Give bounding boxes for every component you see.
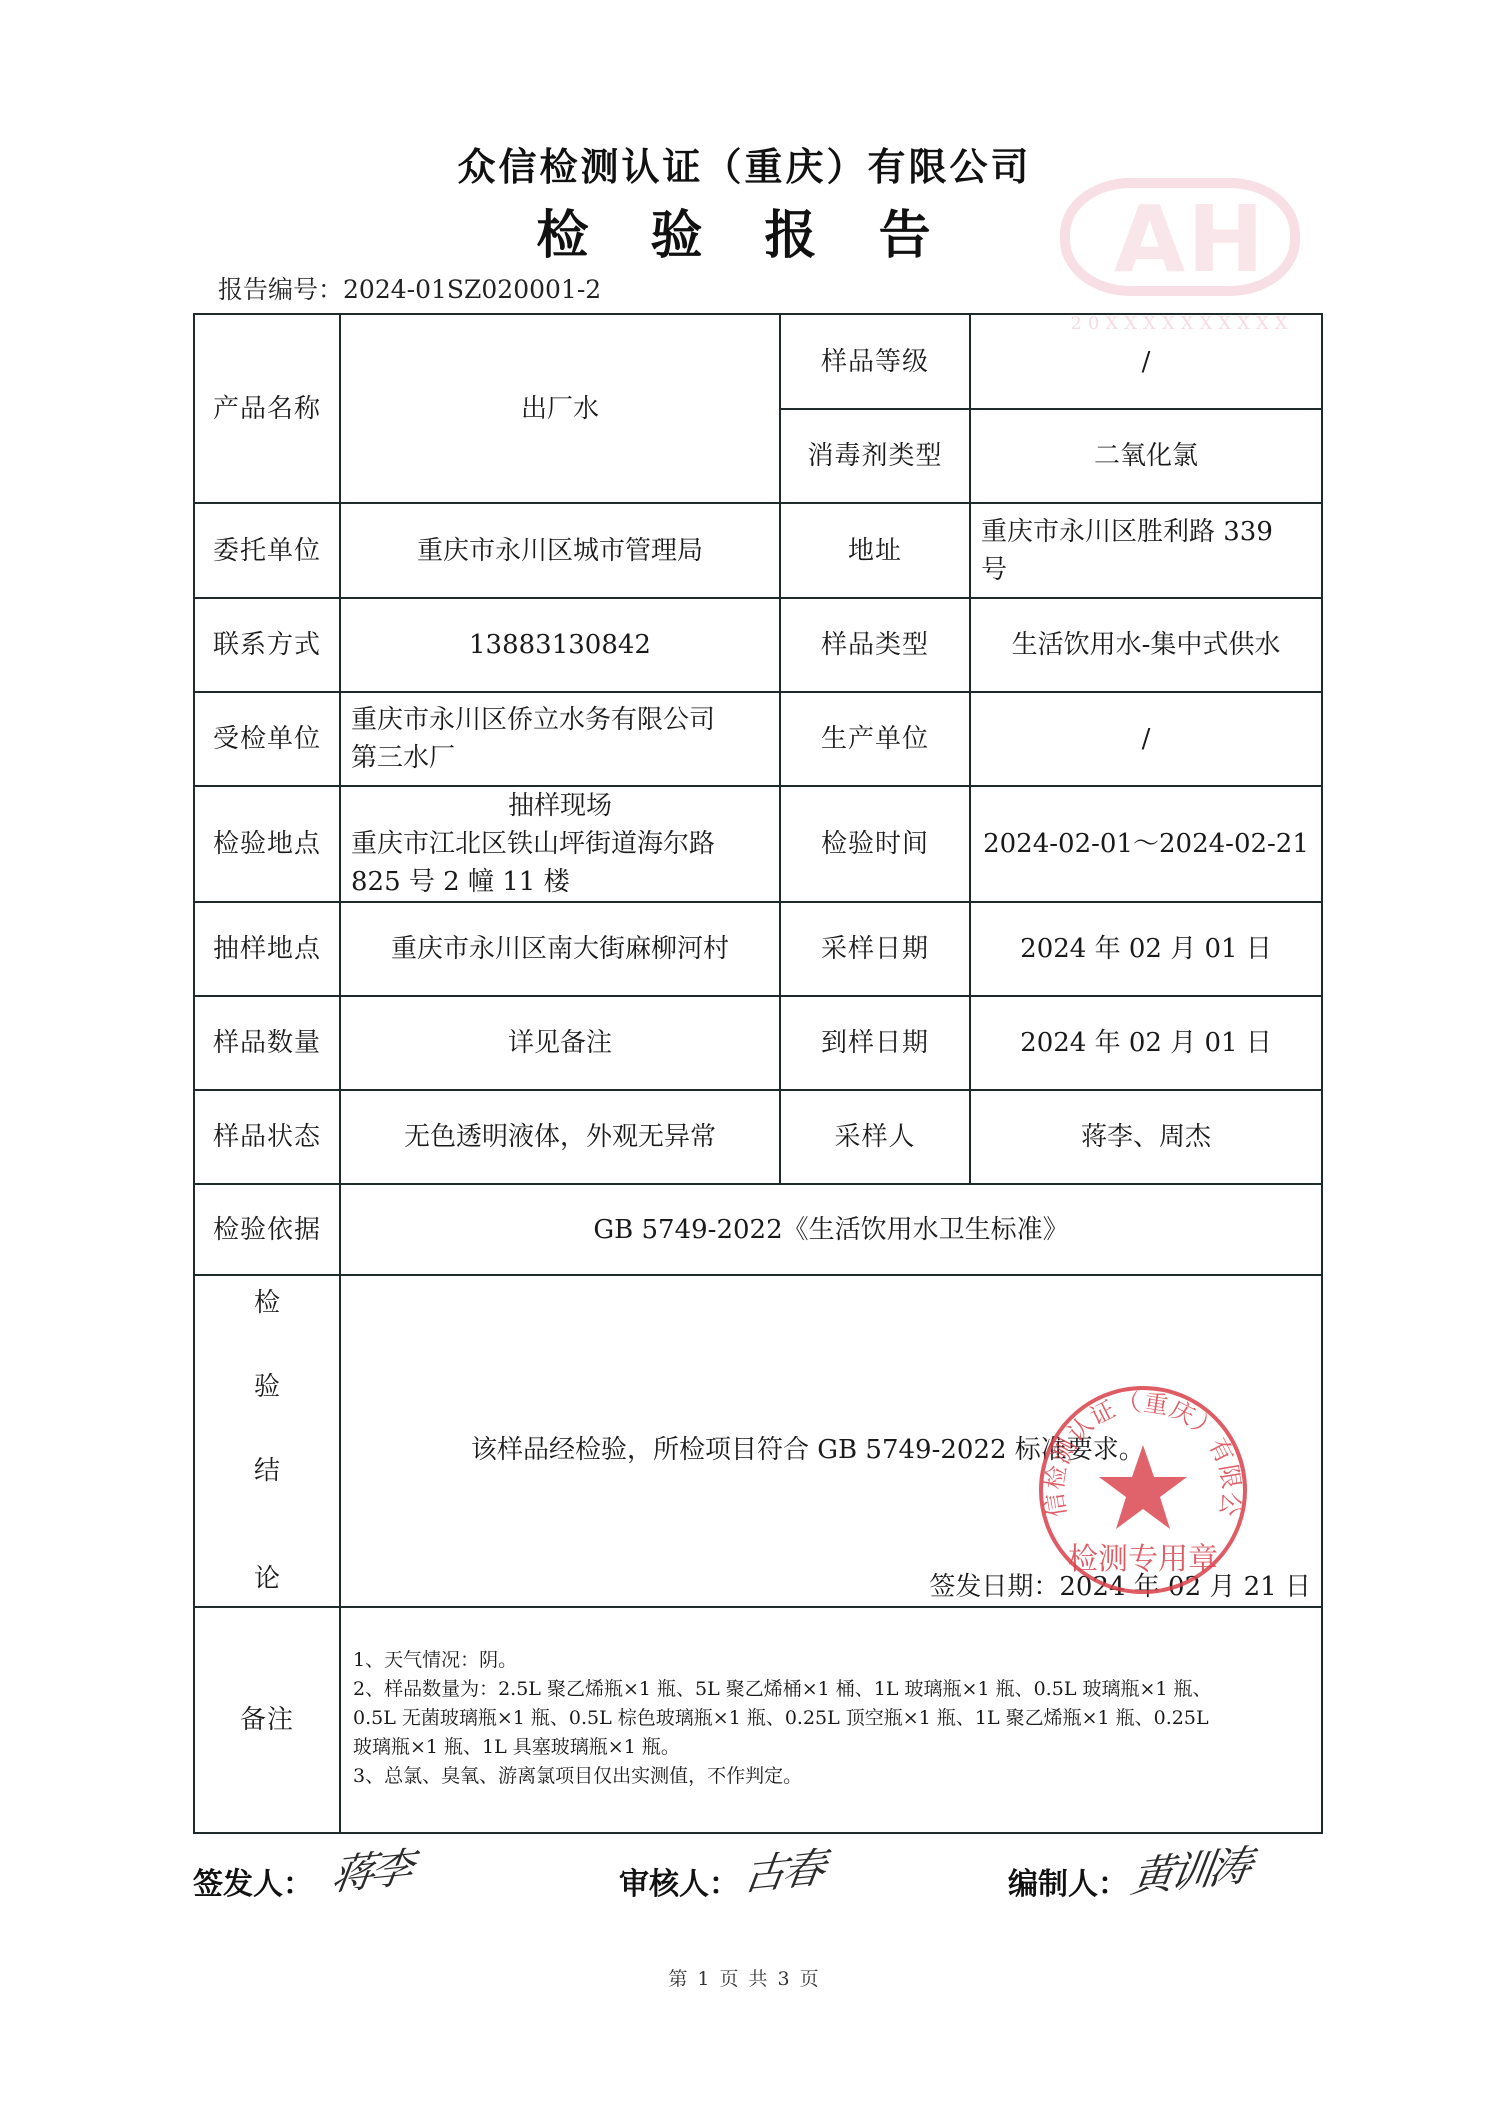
disinfectant-type-label: 消毒剂类型 xyxy=(780,409,970,503)
sample-state-label: 样品状态 xyxy=(194,1090,340,1184)
inspected-unit-line-1: 重庆市永川区侨立水务有限公司 xyxy=(351,701,769,739)
arrival-date-value: 2024 年 02 月 01 日 xyxy=(970,996,1322,1090)
inspection-period-value: 2024-02-01～2024-02-21 xyxy=(970,786,1322,902)
conclusion-label-char: 结 xyxy=(195,1452,339,1490)
inspection-site-line-1: 抽样现场 xyxy=(351,787,769,825)
sampling-date-value: 2024 年 02 月 01 日 xyxy=(970,902,1322,996)
report-info-table: 产品名称 出厂水 样品等级 / 消毒剂类型 二氧化氯 委托单位 重庆市永川区城市… xyxy=(193,313,1323,1834)
sampler-label: 采样人 xyxy=(780,1090,970,1184)
inspected-unit-value: 重庆市永川区侨立水务有限公司 第三水厂 xyxy=(340,692,780,786)
reviewer-label: 审核人： xyxy=(619,1859,739,1903)
reviewer-signature: 古春 xyxy=(740,1835,826,1903)
arrival-date-label: 到样日期 xyxy=(780,996,970,1090)
sampling-date-label: 采样日期 xyxy=(780,902,970,996)
sample-quantity-value: 详见备注 xyxy=(340,996,780,1090)
sample-grade-value: / xyxy=(970,314,1322,409)
address-value: 重庆市永川区胜利路 339 号 xyxy=(970,503,1322,598)
sample-state-value: 无色透明液体，外观无异常 xyxy=(340,1090,780,1184)
remarks-label: 备注 xyxy=(194,1607,340,1833)
preparer-label: 编制人： xyxy=(1008,1859,1128,1903)
sample-quantity-label: 样品数量 xyxy=(194,996,340,1090)
inspection-site-line-3: 825 号 2 幢 11 楼 xyxy=(351,863,769,901)
client-label: 委托单位 xyxy=(194,503,340,598)
sample-type-label: 样品类型 xyxy=(780,598,970,692)
report-number: 报告编号：2024-01SZ020001-2 xyxy=(218,270,601,306)
sampler-value: 蒋李、周杰 xyxy=(970,1090,1322,1184)
company-name: 众信检测认证（重庆）有限公司 xyxy=(0,136,1489,191)
remark-line: 玻璃瓶×1 瓶、1L 具塞玻璃瓶×1 瓶。 xyxy=(353,1733,1309,1762)
contact-value: 13883130842 xyxy=(340,598,780,692)
remarks-body: 1、天气情况：阴。 2、样品数量为：2.5L 聚乙烯瓶×1 瓶、5L 聚乙烯桶×… xyxy=(340,1607,1322,1833)
inspection-period-label: 检验时间 xyxy=(780,786,970,902)
conclusion-text: 该样品经检验，所检项目符合 GB 5749-2022 标准要求。 xyxy=(471,1431,1145,1469)
issuer-signature: 蒋李 xyxy=(328,1835,414,1903)
remark-line: 3、总氯、臭氧、游离氯项目仅出实测值，不作判定。 xyxy=(353,1762,1309,1791)
conclusion-label: 检 验 结 论 xyxy=(194,1275,340,1607)
conclusion-label-char: 检 xyxy=(195,1284,339,1322)
signature-row: 签发人： 蒋李 审核人： 古春 编制人： 黄训涛 xyxy=(193,1845,1321,1925)
inspection-site-line-2: 重庆市江北区铁山坪街道海尔路 xyxy=(351,825,769,863)
issue-date: 签发日期：2024 年 02 月 21 日 xyxy=(929,1568,1311,1606)
contact-label: 联系方式 xyxy=(194,598,340,692)
producer-label: 生产单位 xyxy=(780,692,970,786)
address-line-1: 重庆市永川区胜利路 339 xyxy=(981,513,1311,551)
basis-value: GB 5749-2022《生活饮用水卫生标准》 xyxy=(340,1184,1322,1275)
product-name-label: 产品名称 xyxy=(194,314,340,503)
inspection-site-label: 检验地点 xyxy=(194,786,340,902)
basis-label: 检验依据 xyxy=(194,1184,340,1275)
inspected-unit-line-2: 第三水厂 xyxy=(351,739,769,777)
remark-line: 2、样品数量为：2.5L 聚乙烯瓶×1 瓶、5L 聚乙烯桶×1 桶、1L 玻璃瓶… xyxy=(353,1675,1309,1704)
report-number-label: 报告编号： xyxy=(218,275,343,304)
client-value: 重庆市永川区城市管理局 xyxy=(340,503,780,598)
remark-line: 0.5L 无菌玻璃瓶×1 瓶、0.5L 棕色玻璃瓶×1 瓶、0.25L 顶空瓶×… xyxy=(353,1704,1309,1733)
preparer-signature: 黄训涛 xyxy=(1128,1833,1253,1905)
address-line-2: 号 xyxy=(981,551,1311,589)
producer-value: / xyxy=(970,692,1322,786)
product-name-value: 出厂水 xyxy=(340,314,780,503)
page-indicator: 第 1 页 共 3 页 xyxy=(0,1964,1489,1991)
cma-stamp-letters: AH xyxy=(1090,186,1290,293)
report-number-value: 2024-01SZ020001-2 xyxy=(343,275,601,304)
sample-grade-label: 样品等级 xyxy=(780,314,970,409)
conclusion-label-char: 论 xyxy=(195,1560,339,1598)
inspection-site-value: 抽样现场 重庆市江北区铁山坪街道海尔路 825 号 2 幢 11 楼 xyxy=(340,786,780,902)
disinfectant-type-value: 二氧化氯 xyxy=(970,409,1322,503)
sample-type-value: 生活饮用水-集中式供水 xyxy=(970,598,1322,692)
inspected-unit-label: 受检单位 xyxy=(194,692,340,786)
conclusion-label-char: 验 xyxy=(195,1368,339,1406)
conclusion-body: 该样品经检验，所检项目符合 GB 5749-2022 标准要求。 签发日期：20… xyxy=(340,1275,1322,1607)
sampling-site-value: 重庆市永川区南大街麻柳河村 xyxy=(340,902,780,996)
address-label: 地址 xyxy=(780,503,970,598)
issuer-label: 签发人： xyxy=(193,1859,313,1903)
remark-line: 1、天气情况：阴。 xyxy=(353,1646,1309,1675)
sampling-site-label: 抽样地点 xyxy=(194,902,340,996)
